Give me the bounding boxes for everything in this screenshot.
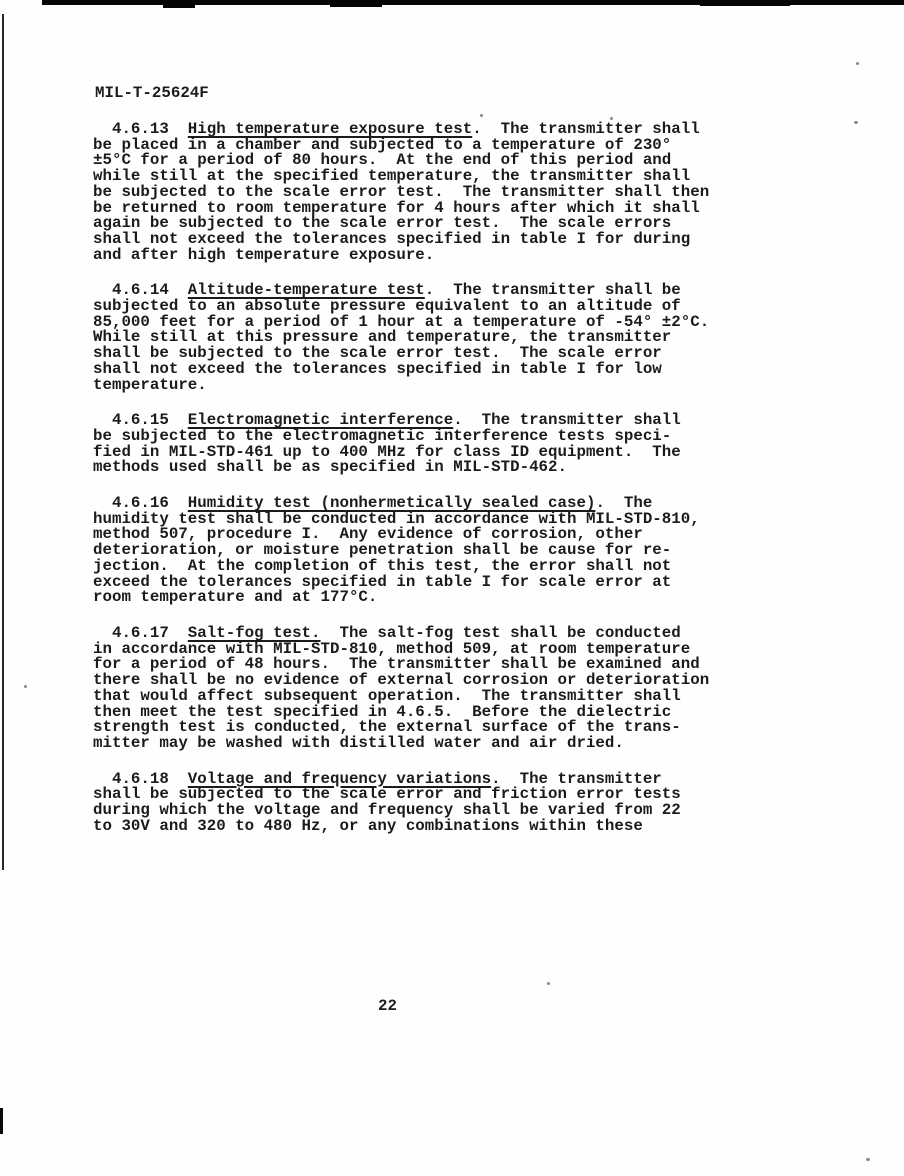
paragraph-4.6.13: 4.6.13 High temperature exposure test. T… <box>93 122 773 263</box>
text-line: room temperature and at 177°C. <box>93 590 773 606</box>
paragraph-4.6.16: 4.6.16 Humidity test (nonhermetically se… <box>93 496 773 606</box>
scan-artifact-bottom-left <box>0 1108 3 1134</box>
page-number: 22 <box>378 999 397 1015</box>
scanned-document-page: MIL-T-25624F 4.6.13 High temperature exp… <box>0 0 904 1176</box>
scan-artifact-top-edge <box>700 0 790 6</box>
scan-artifact-top-edge <box>163 0 195 8</box>
document-body: 4.6.13 High temperature exposure test. T… <box>93 122 773 854</box>
scan-speckle <box>854 121 858 124</box>
scan-speckle <box>480 114 483 117</box>
paragraph-4.6.18: 4.6.18 Voltage and frequency variations.… <box>93 772 773 835</box>
scan-speckle <box>24 685 27 688</box>
text-line: to 30V and 320 to 480 Hz, or any combina… <box>93 819 773 835</box>
document-number: MIL-T-25624F <box>95 86 209 102</box>
text-line: temperature. <box>93 378 773 394</box>
scan-artifact-top-edge <box>330 0 382 7</box>
text-line: methods used shall be as specified in MI… <box>93 460 773 476</box>
paragraph-4.6.17: 4.6.17 Salt-fog test. The salt-fog test … <box>93 626 773 752</box>
text-line: mitter may be washed with distilled wate… <box>93 736 773 752</box>
scan-speckle <box>547 982 550 985</box>
scan-artifact-left-edge <box>2 14 4 870</box>
scan-speckle <box>866 1158 870 1161</box>
scan-speckle <box>856 62 859 65</box>
paragraph-4.6.14: 4.6.14 Altitude-temperature test. The tr… <box>93 283 773 393</box>
paragraph-4.6.15: 4.6.15 Electromagnetic interference. The… <box>93 413 773 476</box>
text-line: and after high temperature exposure. <box>93 248 773 264</box>
